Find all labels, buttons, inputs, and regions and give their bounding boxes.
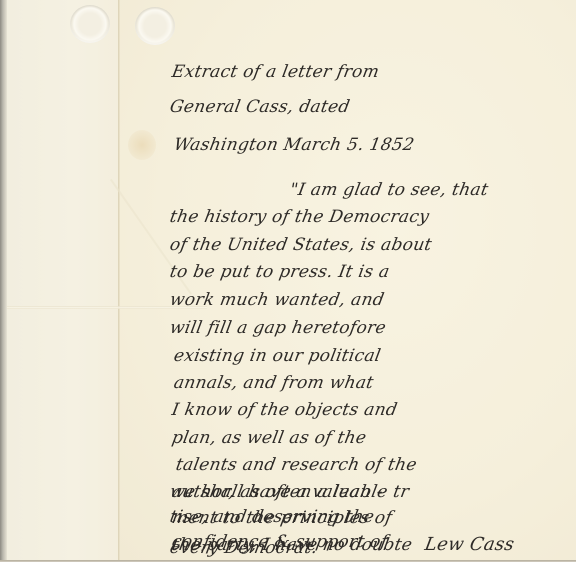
binding-shadow <box>0 0 7 562</box>
heading-line-1: Extract of a letter from <box>170 62 381 82</box>
body-line: every Democrat. <box>168 538 319 558</box>
body-line: tise, and deserving the <box>168 507 376 527</box>
body-line: plan, as well as of the <box>170 428 368 448</box>
vertical-fold-line <box>118 0 120 562</box>
signature: Lew Cass <box>423 534 516 555</box>
heading-line-3: Washington March 5. 1852 <box>172 135 416 155</box>
body-line: of the United States, is about <box>168 235 433 255</box>
embossed-seal-icon <box>135 7 175 45</box>
body-line: work much wanted, and <box>168 290 386 310</box>
body-line: "I am glad to see, that <box>288 180 490 200</box>
body-line: to be put to press. It is a <box>168 262 391 282</box>
paper-bottom-edge <box>0 560 576 562</box>
embossed-seal-icon <box>70 5 110 43</box>
body-line: existing in our political <box>172 346 382 366</box>
body-line: I know of the objects and <box>170 400 399 420</box>
heading-line-2: General Cass, dated <box>168 97 351 117</box>
paper-stain <box>128 130 156 160</box>
scanned-letter: Extract of a letter from General Cass, d… <box>0 0 576 562</box>
left-sheet <box>7 0 119 562</box>
body-line: talents and research of the <box>174 455 418 475</box>
body-line: we shall have a valuable tr <box>168 482 410 502</box>
body-line: will fill a gap heretofore <box>168 318 387 338</box>
body-line: annals, and from what <box>172 373 375 393</box>
body-line: the history of the Democracy <box>168 207 431 227</box>
